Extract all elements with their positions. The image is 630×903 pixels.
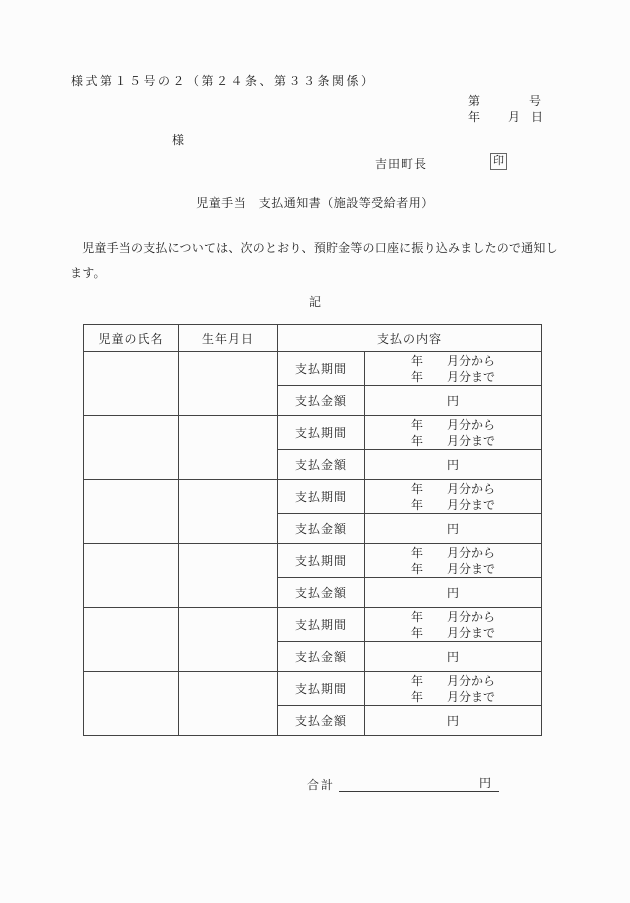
ki-marker: 記 [0,293,630,310]
child-name-cell [84,544,179,608]
payment-table: 児童の氏名 生年月日 支払の内容 支払期間 年 月分から 年 月分まで 支払金額… [83,324,542,736]
child-name-cell [84,352,179,416]
payment-period-from: 年 月分から [365,417,541,433]
payment-period-from: 年 月分から [365,353,541,369]
total-amount-blank: 円 [339,774,499,792]
child-name-cell [84,480,179,544]
payment-period-from: 年 月分から [365,545,541,561]
payment-period-row: 支払期間 年 月分から 年 月分まで [84,480,542,514]
payment-period-from: 年 月分から [365,481,541,497]
payment-period-from: 年 月分から [365,609,541,625]
total-line: 合計 円 [0,776,630,796]
birthdate-cell [179,480,278,544]
doc-number-suffix: 号 [529,92,541,109]
date-day-label: 日 [531,108,543,125]
payment-period-label: 支払期間 [278,480,365,514]
payment-period-row: 支払期間 年 月分から 年 月分まで [84,544,542,578]
payment-period-row: 支払期間 年 月分から 年 月分まで [84,416,542,450]
col-header-birthdate: 生年月日 [179,325,278,352]
payment-period-label: 支払期間 [278,672,365,706]
date-line: 年 月 日 [0,108,630,124]
payment-amount-value: 円 [365,386,542,416]
payment-period-value: 年 月分から 年 月分まで [365,672,542,706]
notice-paragraph: 児童手当の支払については、次のとおり、預貯金等の口座に振り込みましたので通知し … [70,236,570,286]
birthdate-cell [179,352,278,416]
payment-amount-value: 円 [365,642,542,672]
payment-period-label: 支払期間 [278,416,365,450]
payment-period-to: 年 月分まで [365,433,541,449]
payment-period-row: 支払期間 年 月分から 年 月分まで [84,352,542,386]
payment-amount-value: 円 [365,578,542,608]
birthdate-cell [179,416,278,480]
payment-amount-label: 支払金額 [278,578,365,608]
payment-period-label: 支払期間 [278,544,365,578]
payment-period-to: 年 月分まで [365,369,541,385]
form-number: 様式第１５号の２（第２４条、第３３条関係） [71,72,376,89]
child-name-cell [84,672,179,736]
birthdate-cell [179,672,278,736]
total-label: 合計 [307,776,335,793]
birthdate-cell [179,608,278,672]
payment-period-label: 支払期間 [278,352,365,386]
issuer-name: 吉田町長 [375,155,427,172]
payment-period-row: 支払期間 年 月分から 年 月分まで [84,672,542,706]
notice-paragraph-line1: 児童手当の支払については、次のとおり、預貯金等の口座に振り込みましたので通知し [70,236,570,261]
payment-amount-label: 支払金額 [278,386,365,416]
seal-placeholder-icon: 印 [490,153,507,170]
payment-period-value: 年 月分から 年 月分まで [365,416,542,450]
payment-amount-label: 支払金額 [278,514,365,544]
doc-number-prefix: 第 [468,92,480,109]
payment-amount-label: 支払金額 [278,450,365,480]
date-month-label: 月 [508,108,520,125]
payment-amount-label: 支払金額 [278,706,365,736]
payment-period-value: 年 月分から 年 月分まで [365,608,542,642]
payment-period-from: 年 月分から [365,673,541,689]
date-year-label: 年 [468,108,480,125]
payment-period-to: 年 月分まで [365,561,541,577]
table-header-row: 児童の氏名 生年月日 支払の内容 [84,325,542,352]
payment-period-to: 年 月分まで [365,689,541,705]
payment-period-row: 支払期間 年 月分から 年 月分まで [84,608,542,642]
child-name-cell [84,416,179,480]
col-header-payment-content: 支払の内容 [278,325,542,352]
payment-period-to: 年 月分まで [365,625,541,641]
payment-amount-value: 円 [365,514,542,544]
doc-number-line: 第 号 [0,92,630,108]
payment-amount-value: 円 [365,706,542,736]
payment-period-value: 年 月分から 年 月分まで [365,352,542,386]
payment-amount-label: 支払金額 [278,642,365,672]
child-name-cell [84,608,179,672]
document-title: 児童手当 支払通知書（施設等受給者用） [0,194,630,211]
notice-paragraph-line2: ます。 [70,261,570,286]
birthdate-cell [179,544,278,608]
payment-period-value: 年 月分から 年 月分まで [365,480,542,514]
payment-period-label: 支払期間 [278,608,365,642]
payment-period-to: 年 月分まで [365,497,541,513]
addressee-honorific: 様 [172,131,184,148]
payment-period-value: 年 月分から 年 月分まで [365,544,542,578]
document-page: 様式第１５号の２（第２４条、第３３条関係） 第 号 年 月 日 様 吉田町長 印… [0,0,630,903]
col-header-child-name: 児童の氏名 [84,325,179,352]
payment-amount-value: 円 [365,450,542,480]
